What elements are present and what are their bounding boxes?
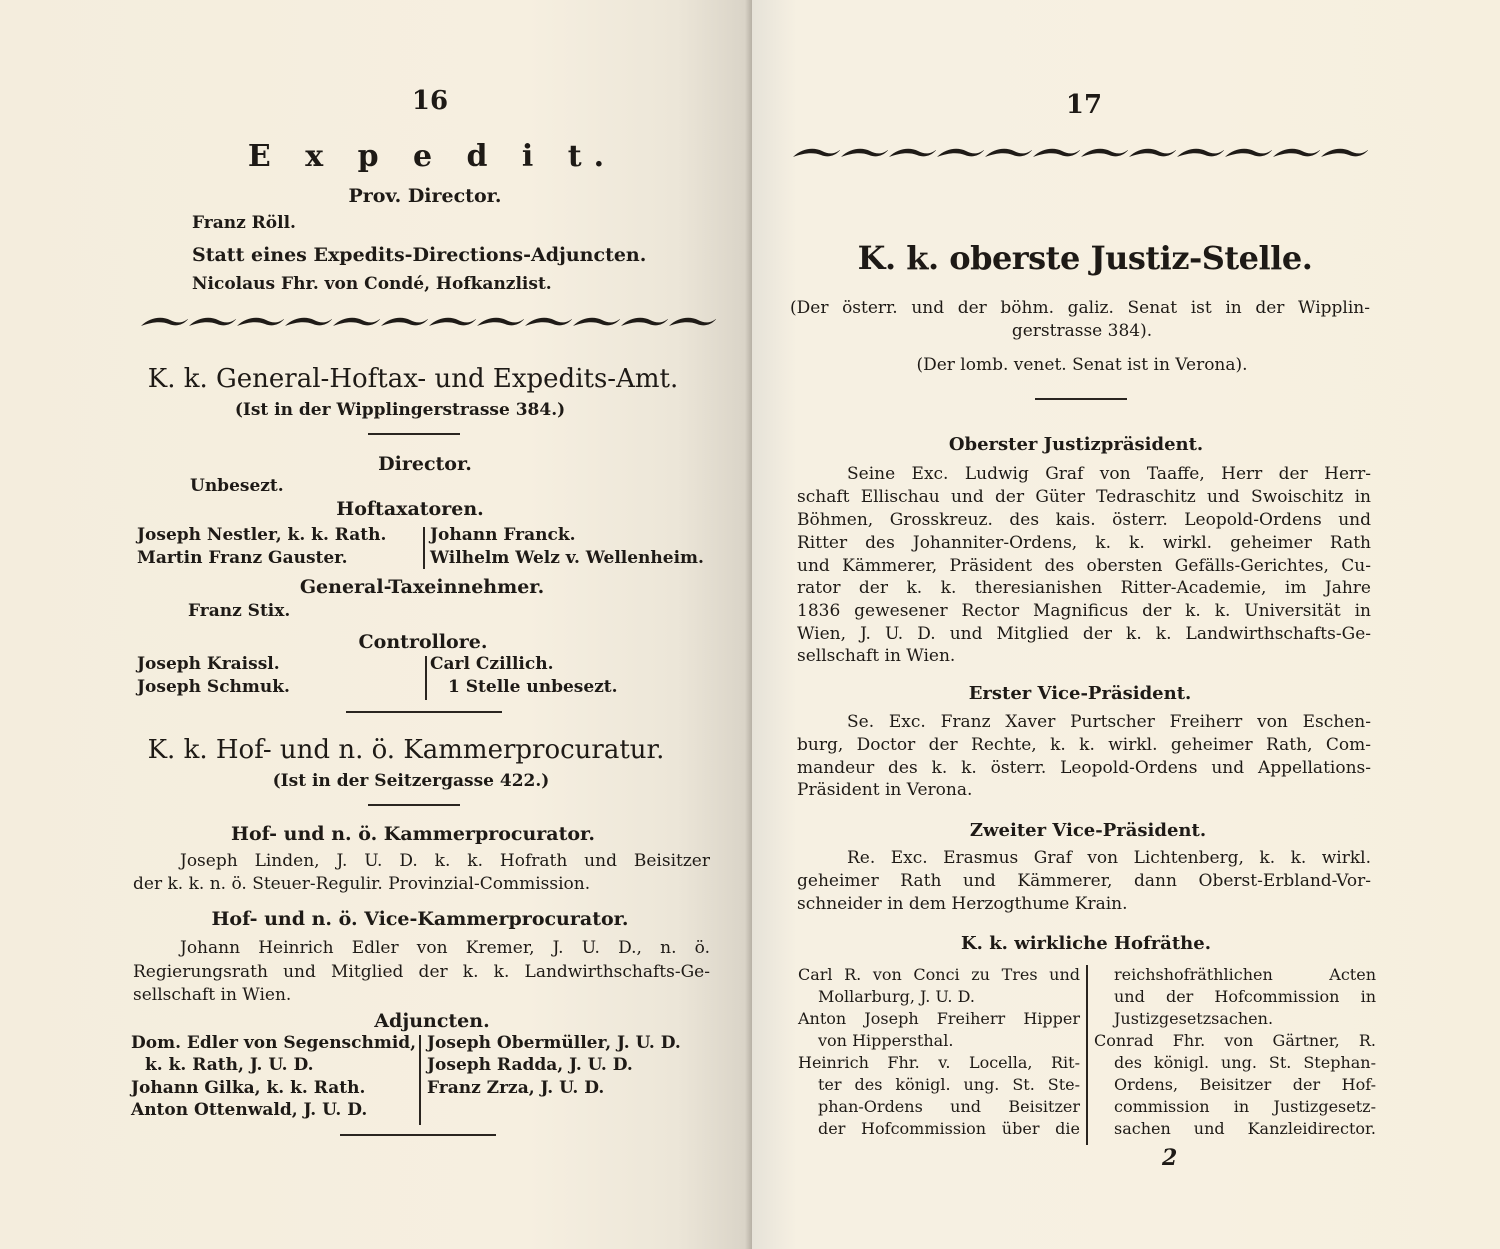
section-title-justiz: K. k. oberste Justiz-Stelle.	[858, 242, 1313, 274]
hofrath-text: sachen und Kanzleidirector.	[1114, 1121, 1376, 1137]
hofrath-left-2: Mollarburg, J. U. D.	[818, 989, 975, 1005]
adjunct-left-3: Johann Gilka, k. k. Rath.	[131, 1080, 365, 1097]
first-vice-line-2: burg, Doctor der Rechte, k. k. wirkl. ge…	[797, 737, 1371, 754]
president-line-7: 1836 gewesener Rector Magnificus der k. …	[797, 603, 1371, 620]
section-title-expedit: E x p e d i t.	[248, 142, 616, 172]
page-number: 17	[1066, 92, 1102, 118]
first-vice-text: burg, Doctor der Rechte, k. k. wirkl. ge…	[797, 737, 1371, 754]
first-vice-line-3: mandeur des k. k. österr. Leopold-Ordens…	[797, 760, 1371, 777]
hofrath-text: phan-Ordens und Beisitzer	[818, 1099, 1080, 1115]
column-divider	[423, 527, 425, 569]
vice-text: Regierungsrath und Mitglied der k. k. La…	[133, 964, 710, 981]
hofrath-right-5: des königl. ung. St. Stephan-	[1114, 1055, 1376, 1071]
signature-mark: 2	[1162, 1147, 1177, 1169]
short-rule	[368, 433, 460, 435]
hofrath-text: Conrad Fhr. von Gärtner, R.	[1094, 1033, 1376, 1049]
president-text: Seine Exc. Ludwig Graf von Taaffe, Herr …	[847, 466, 1371, 483]
procurator-line-2: der k. k. n. ö. Steuer-Regulir. Provinzi…	[133, 876, 590, 893]
kammerprocuratur-address: (Ist in der Seitzergasse 422.)	[273, 773, 550, 790]
hofraethe-heading: K. k. wirkliche Hofräthe.	[961, 935, 1211, 953]
adjunct-left-1: Dom. Edler von Segenschmid,	[131, 1035, 416, 1052]
hofrath-text: ter des königl. ung. St. Ste-	[818, 1077, 1080, 1093]
president-text: Ritter des Johanniter-Ordens, k. k. wirk…	[797, 535, 1371, 552]
president-heading: Oberster Justizpräsident.	[949, 436, 1203, 454]
hoftaxator-right-2: Wilhelm Welz v. Wellenheim.	[430, 550, 704, 567]
vice-line-3: sellschaft in Wien.	[133, 987, 291, 1004]
vice-line-1: Johann Heinrich Edler von Kremer, J. U. …	[180, 940, 710, 957]
hofrath-right-3: Justizgesetzsachen.	[1114, 1011, 1273, 1027]
page-number: 16	[412, 88, 448, 114]
adjunct-right-2: Joseph Radda, J. U. D.	[427, 1057, 633, 1074]
prov-director-heading: Prov. Director.	[348, 187, 501, 206]
hofrath-text: des königl. ung. St. Stephan-	[1114, 1055, 1376, 1071]
hoftaxator-right-1: Johann Franck.	[430, 527, 576, 544]
hofrath-right-4: Conrad Fhr. von Gärtner, R.	[1094, 1033, 1376, 1049]
president-line-1: Seine Exc. Ludwig Graf von Taaffe, Herr …	[847, 466, 1371, 483]
left-page: 16 E x p e d i t. Prov. Director. Franz …	[0, 0, 752, 1249]
hofrath-left-5: Heinrich Fhr. v. Locella, Rit-	[798, 1055, 1080, 1071]
second-vice-line-3: schneider in dem Herzogthume Krain.	[797, 896, 1128, 913]
end-rule	[340, 1134, 496, 1136]
hofrath-left-3: Anton Joseph Freiherr Hipper	[798, 1011, 1080, 1027]
president-text: und Kämmerer, Präsident des obersten Gef…	[797, 558, 1371, 575]
adjunct-left-2: k. k. Rath, J. U. D.	[145, 1057, 314, 1074]
adjuncten-heading: Adjuncten.	[374, 1012, 489, 1031]
controllore-right-1: Carl Czillich.	[430, 656, 554, 673]
section-title-kammerprocuratur: K. k. Hof- und n. ö. Kammerprocuratur.	[148, 737, 665, 763]
second-vice-line-1: Re. Exc. Erasmus Graf von Lichtenberg, k…	[847, 850, 1371, 867]
hoftaxator-left-1: Joseph Nestler, k. k. Rath.	[137, 527, 386, 544]
second-vice-text: geheimer Rath und Kämmerer, dann Oberst-…	[797, 873, 1371, 890]
hofrath-text: der Hofcommission über die	[818, 1121, 1080, 1137]
controllore-heading: Controllore.	[359, 633, 488, 652]
hofrath-right-2: und der Hofcommission in	[1114, 989, 1376, 1005]
hofrath-text: Heinrich Fhr. v. Locella, Rit-	[798, 1055, 1080, 1071]
president-text: 1836 gewesener Rector Magnificus der k. …	[797, 603, 1371, 620]
first-vice-text: Se. Exc. Franz Xaver Purtscher Freiherr …	[847, 714, 1371, 731]
second-vice-line-2: geheimer Rath und Kämmerer, dann Oberst-…	[797, 873, 1371, 890]
president-line-5: und Kämmerer, Präsident des obersten Gef…	[797, 558, 1371, 575]
first-vice-heading: Erster Vice-Präsident.	[969, 685, 1192, 703]
hofrath-text: Carl R. von Conci zu Tres und	[798, 967, 1080, 983]
hofrath-left-8: der Hofcommission über die	[818, 1121, 1080, 1137]
president-line-6: rator der k. k. theresianishen Ritter-Ac…	[797, 580, 1371, 597]
president-line-4: Ritter des Johanniter-Ordens, k. k. wirk…	[797, 535, 1371, 552]
hoftax-address: (Ist in der Wipplingerstrasse 384.)	[235, 402, 565, 419]
adjunct-left-4: Anton Ottenwald, J. U. D.	[131, 1102, 367, 1119]
hoftaxatoren-heading: Hoftaxatoren.	[336, 500, 484, 519]
procurator-text: Joseph Linden, J. U. D. k. k. Hofrath un…	[180, 853, 710, 870]
hofrath-right-1: reichshofräthlichen Acten	[1114, 967, 1376, 983]
president-line-2: schaft Ellischau und der Güter Tedraschi…	[797, 489, 1371, 506]
ornamental-divider	[140, 314, 716, 330]
vice-line-2: Regierungsrath und Mitglied der k. k. La…	[133, 964, 710, 981]
second-vice-heading: Zweiter Vice-Präsident.	[970, 822, 1206, 840]
prov-director-name: Franz Röll.	[192, 215, 296, 232]
president-text: Böhmen, Grosskreuz. des kais. österr. Le…	[797, 512, 1371, 529]
column-divider	[1086, 965, 1088, 1145]
second-vice-text: Re. Exc. Erasmus Graf von Lichtenberg, k…	[847, 850, 1371, 867]
first-vice-line-4: Präsident in Verona.	[797, 782, 972, 799]
adjunct-name: Nicolaus Fhr. von Condé, Hofkanzlist.	[192, 276, 552, 293]
taxeinnehmer-heading: General-Taxeinnehmer.	[300, 578, 544, 597]
hofrath-text: reichshofräthlichen Acten	[1114, 967, 1376, 983]
adjunct-right-1: Joseph Obermüller, J. U. D.	[427, 1035, 681, 1052]
short-rule	[368, 804, 460, 806]
column-divider	[419, 1035, 421, 1125]
president-text: schaft Ellischau und der Güter Tedraschi…	[797, 489, 1371, 506]
ornamental-divider	[792, 145, 1368, 161]
hofrath-left-6: ter des königl. ung. St. Ste-	[818, 1077, 1080, 1093]
note-line-2: gerstrasse 384).	[1012, 323, 1152, 340]
hofrath-left-7: phan-Ordens und Beisitzer	[818, 1099, 1080, 1115]
president-line-8: Wien, J. U. D. und Mitglied der k. k. La…	[797, 626, 1371, 643]
hofrath-right-8: sachen und Kanzleidirector.	[1114, 1121, 1376, 1137]
hofrath-right-6: Ordens, Beisitzer der Hof-	[1114, 1077, 1376, 1093]
hofrath-text: Ordens, Beisitzer der Hof-	[1114, 1077, 1376, 1093]
hofrath-left-1: Carl R. von Conci zu Tres und	[798, 967, 1080, 983]
taxeinnehmer-name: Franz Stix.	[188, 603, 290, 620]
hofrath-left-4: von Hippersthal.	[818, 1033, 953, 1049]
hoftaxator-left-2: Martin Franz Gauster.	[137, 550, 348, 567]
adjunct-right-3: Franz Zrza, J. U. D.	[427, 1080, 604, 1097]
adjunct-heading: Statt eines Expedits-Directions-Adjuncte…	[192, 246, 646, 265]
procurator-heading: Hof- und n. ö. Kammerprocurator.	[231, 825, 595, 844]
director-heading: Director.	[378, 455, 472, 474]
short-rule	[1035, 398, 1127, 400]
director-value: Unbesezt.	[190, 478, 284, 495]
president-text: rator der k. k. theresianishen Ritter-Ac…	[797, 580, 1371, 597]
vice-text: Johann Heinrich Edler von Kremer, J. U. …	[180, 940, 710, 957]
procurator-line-1: Joseph Linden, J. U. D. k. k. Hofrath un…	[180, 853, 710, 870]
right-page: 17 K. k. oberste Justiz-Stelle. (Der öst…	[752, 0, 1500, 1249]
hofrath-right-7: commission in Justizgesetz-	[1114, 1099, 1376, 1115]
president-line-9: sellschaft in Wien.	[797, 648, 955, 665]
vice-procurator-heading: Hof- und n. ö. Vice-Kammerprocurator.	[211, 910, 628, 929]
hofrath-text: Anton Joseph Freiherr Hipper	[798, 1011, 1080, 1027]
section-title-hoftax: K. k. General-Hoftax- und Expedits-Amt.	[148, 366, 678, 392]
president-line-3: Böhmen, Grosskreuz. des kais. österr. Le…	[797, 512, 1371, 529]
first-vice-text: mandeur des k. k. österr. Leopold-Ordens…	[797, 760, 1371, 777]
hofrath-text: commission in Justizgesetz-	[1114, 1099, 1376, 1115]
note-line-1: (Der österr. und der böhm. galiz. Senat …	[790, 300, 1370, 317]
section-rule	[346, 711, 502, 713]
hofrath-text: und der Hofcommission in	[1114, 989, 1376, 1005]
note-text: (Der österr. und der böhm. galiz. Senat …	[790, 300, 1370, 317]
first-vice-line-1: Se. Exc. Franz Xaver Purtscher Freiherr …	[847, 714, 1371, 731]
controllore-left-1: Joseph Kraissl.	[137, 656, 280, 673]
controllore-left-2: Joseph Schmuk.	[137, 679, 290, 696]
president-text: Wien, J. U. D. und Mitglied der k. k. La…	[797, 626, 1371, 643]
note-line-3: (Der lomb. venet. Senat ist in Verona).	[916, 357, 1247, 374]
column-divider	[425, 656, 427, 700]
controllore-right-2: 1 Stelle unbesezt.	[448, 679, 618, 696]
